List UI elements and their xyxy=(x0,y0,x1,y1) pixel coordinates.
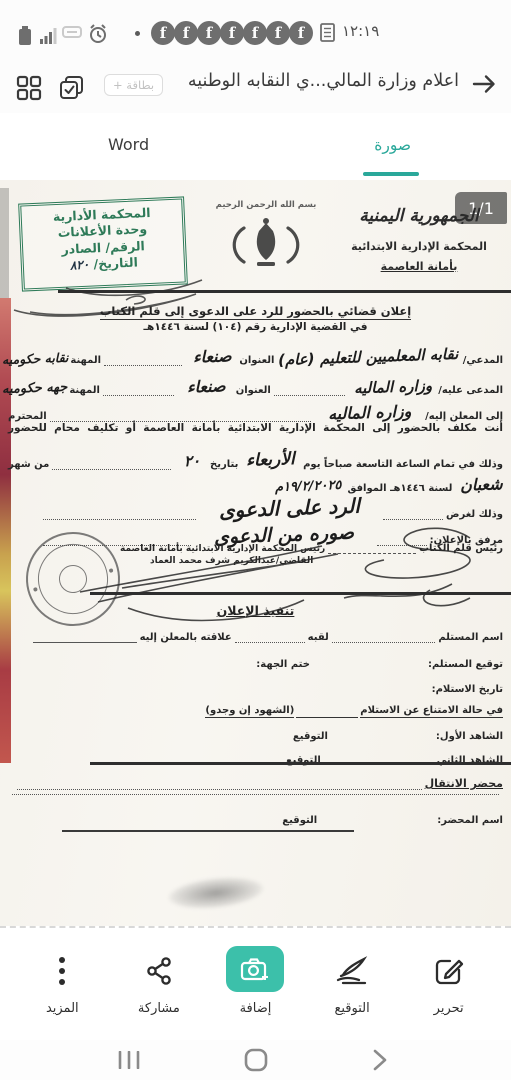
clock-time: ١٢:١٩ xyxy=(342,22,379,40)
document-heading: إعلان قضائي بالحضور للرد على الدعوى إلى … xyxy=(0,300,511,319)
grid-view-icon[interactable] xyxy=(16,75,42,105)
signature-line xyxy=(62,830,354,832)
execution-heading: تنفيذ الإعلان xyxy=(0,600,511,619)
toolbar-more-button[interactable]: المزيد xyxy=(23,950,101,1016)
witness1-row: الشاهد الأول: التوقيع xyxy=(160,724,503,742)
document-viewer: 1/1 المحكمة الأدارية وحدة الأعلانات الرق… xyxy=(0,180,511,928)
app-bar: اعلام وزارة المالي...ي النقابه الوطنيه ب… xyxy=(0,55,511,113)
multi-select-icon[interactable] xyxy=(58,74,85,105)
facebook-icon: f xyxy=(197,21,221,45)
more-vertical-icon xyxy=(58,950,66,992)
hearing-time-line: وذلك في تمام الساعة التاسعة صباحاً يوم ا… xyxy=(8,442,503,470)
facebook-icon: f xyxy=(243,21,267,45)
add-card-tag-button[interactable]: بطاقة + xyxy=(104,74,163,96)
country-title: الجمهورية اليمنية xyxy=(337,206,501,226)
recipient-row: اسم المستلم لقبه علاقته بالمعلن إليه xyxy=(30,625,503,643)
facebook-icon: f xyxy=(151,21,175,45)
city-title: بأمانة العاصمة xyxy=(333,260,505,273)
back-arrow-icon[interactable] xyxy=(471,72,497,100)
recents-icon[interactable] xyxy=(118,1051,140,1073)
toolbar-edit-button[interactable]: تحرير xyxy=(410,950,488,1016)
signal-bars-icon xyxy=(40,28,58,48)
android-nav-bar xyxy=(0,1040,511,1080)
officer-row: اسم المحضر: التوقيع xyxy=(160,808,503,826)
court-title: المحكمة الإدارية الابتدائية xyxy=(333,240,505,253)
battery-icon xyxy=(18,26,32,50)
transfer-heading-row: محضر الانتقال xyxy=(14,772,503,790)
summon-paragraph: أنت مكلف بالحضور إلى المحكمة الإدارية ال… xyxy=(8,422,503,434)
receipt-date-row: تاريخ الاستلام: xyxy=(260,677,503,695)
yemen-emblem xyxy=(228,214,304,274)
camera-add-icon xyxy=(226,946,284,992)
header-rule xyxy=(58,290,511,293)
tab-word[interactable]: Word xyxy=(108,135,149,154)
back-icon[interactable] xyxy=(372,1049,388,1075)
home-icon[interactable] xyxy=(244,1048,268,1076)
defendant-row: المدعى عليه/ وزاره الماليه العنوان صنعاء… xyxy=(2,368,503,396)
signature-icon xyxy=(335,950,369,992)
plaintiff-row: المدعي/ نقابه المعلميين للتعليم (عام) ال… xyxy=(2,336,503,366)
facebook-icon: f xyxy=(174,21,198,45)
toolbar-signature-button[interactable]: التوقيع xyxy=(313,950,391,1016)
edit-icon xyxy=(434,950,464,992)
notification-dot xyxy=(135,31,140,36)
section-divider xyxy=(90,592,511,595)
toolbar-add-button[interactable]: إضافة xyxy=(216,950,294,1016)
facebook-icon: f xyxy=(289,21,313,45)
phone-screen: fffffff ١٢:١٩ اعلام وزارة المالي...ي الن… xyxy=(0,0,511,1080)
bismillah-text: بسم الله الرحمن الرحيم xyxy=(196,200,336,210)
share-icon xyxy=(145,950,173,992)
refusal-row: في حالة الامتناع عن الاستلام (الشهود إن … xyxy=(120,700,503,718)
section-divider xyxy=(90,762,511,765)
document-title: اعلام وزارة المالي...ي النقابه الوطنيه xyxy=(188,71,459,91)
fill-line xyxy=(12,794,499,795)
tab-bar: صورة Word xyxy=(0,113,511,180)
active-tab-underline xyxy=(363,172,419,176)
network-icon xyxy=(62,24,82,43)
bottom-toolbar: المزيد مشاركة إضافة التوقيع تحرير xyxy=(0,926,511,1040)
toolbar-share-button[interactable]: مشاركة xyxy=(120,950,198,1016)
notes-icon xyxy=(320,23,335,46)
status-bar: fffffff ١٢:١٩ xyxy=(0,0,511,55)
alarm-clock-icon xyxy=(88,24,108,48)
facebook-icon: f xyxy=(220,21,244,45)
notified-party-row: إلى المعلن إليه/ وزاره الماليه المحترم xyxy=(8,396,503,422)
tab-image[interactable]: صورة xyxy=(374,136,411,154)
recipient-signature-row: توقيع المستلم: ختم الجهة: xyxy=(30,652,503,670)
facebook-notification-icons: fffffff xyxy=(152,21,313,45)
case-number-line: في القضية الإدارية رقم (١٠٤) لسنة ١٤٤٦هـ xyxy=(0,321,511,333)
facebook-icon: f xyxy=(266,21,290,45)
